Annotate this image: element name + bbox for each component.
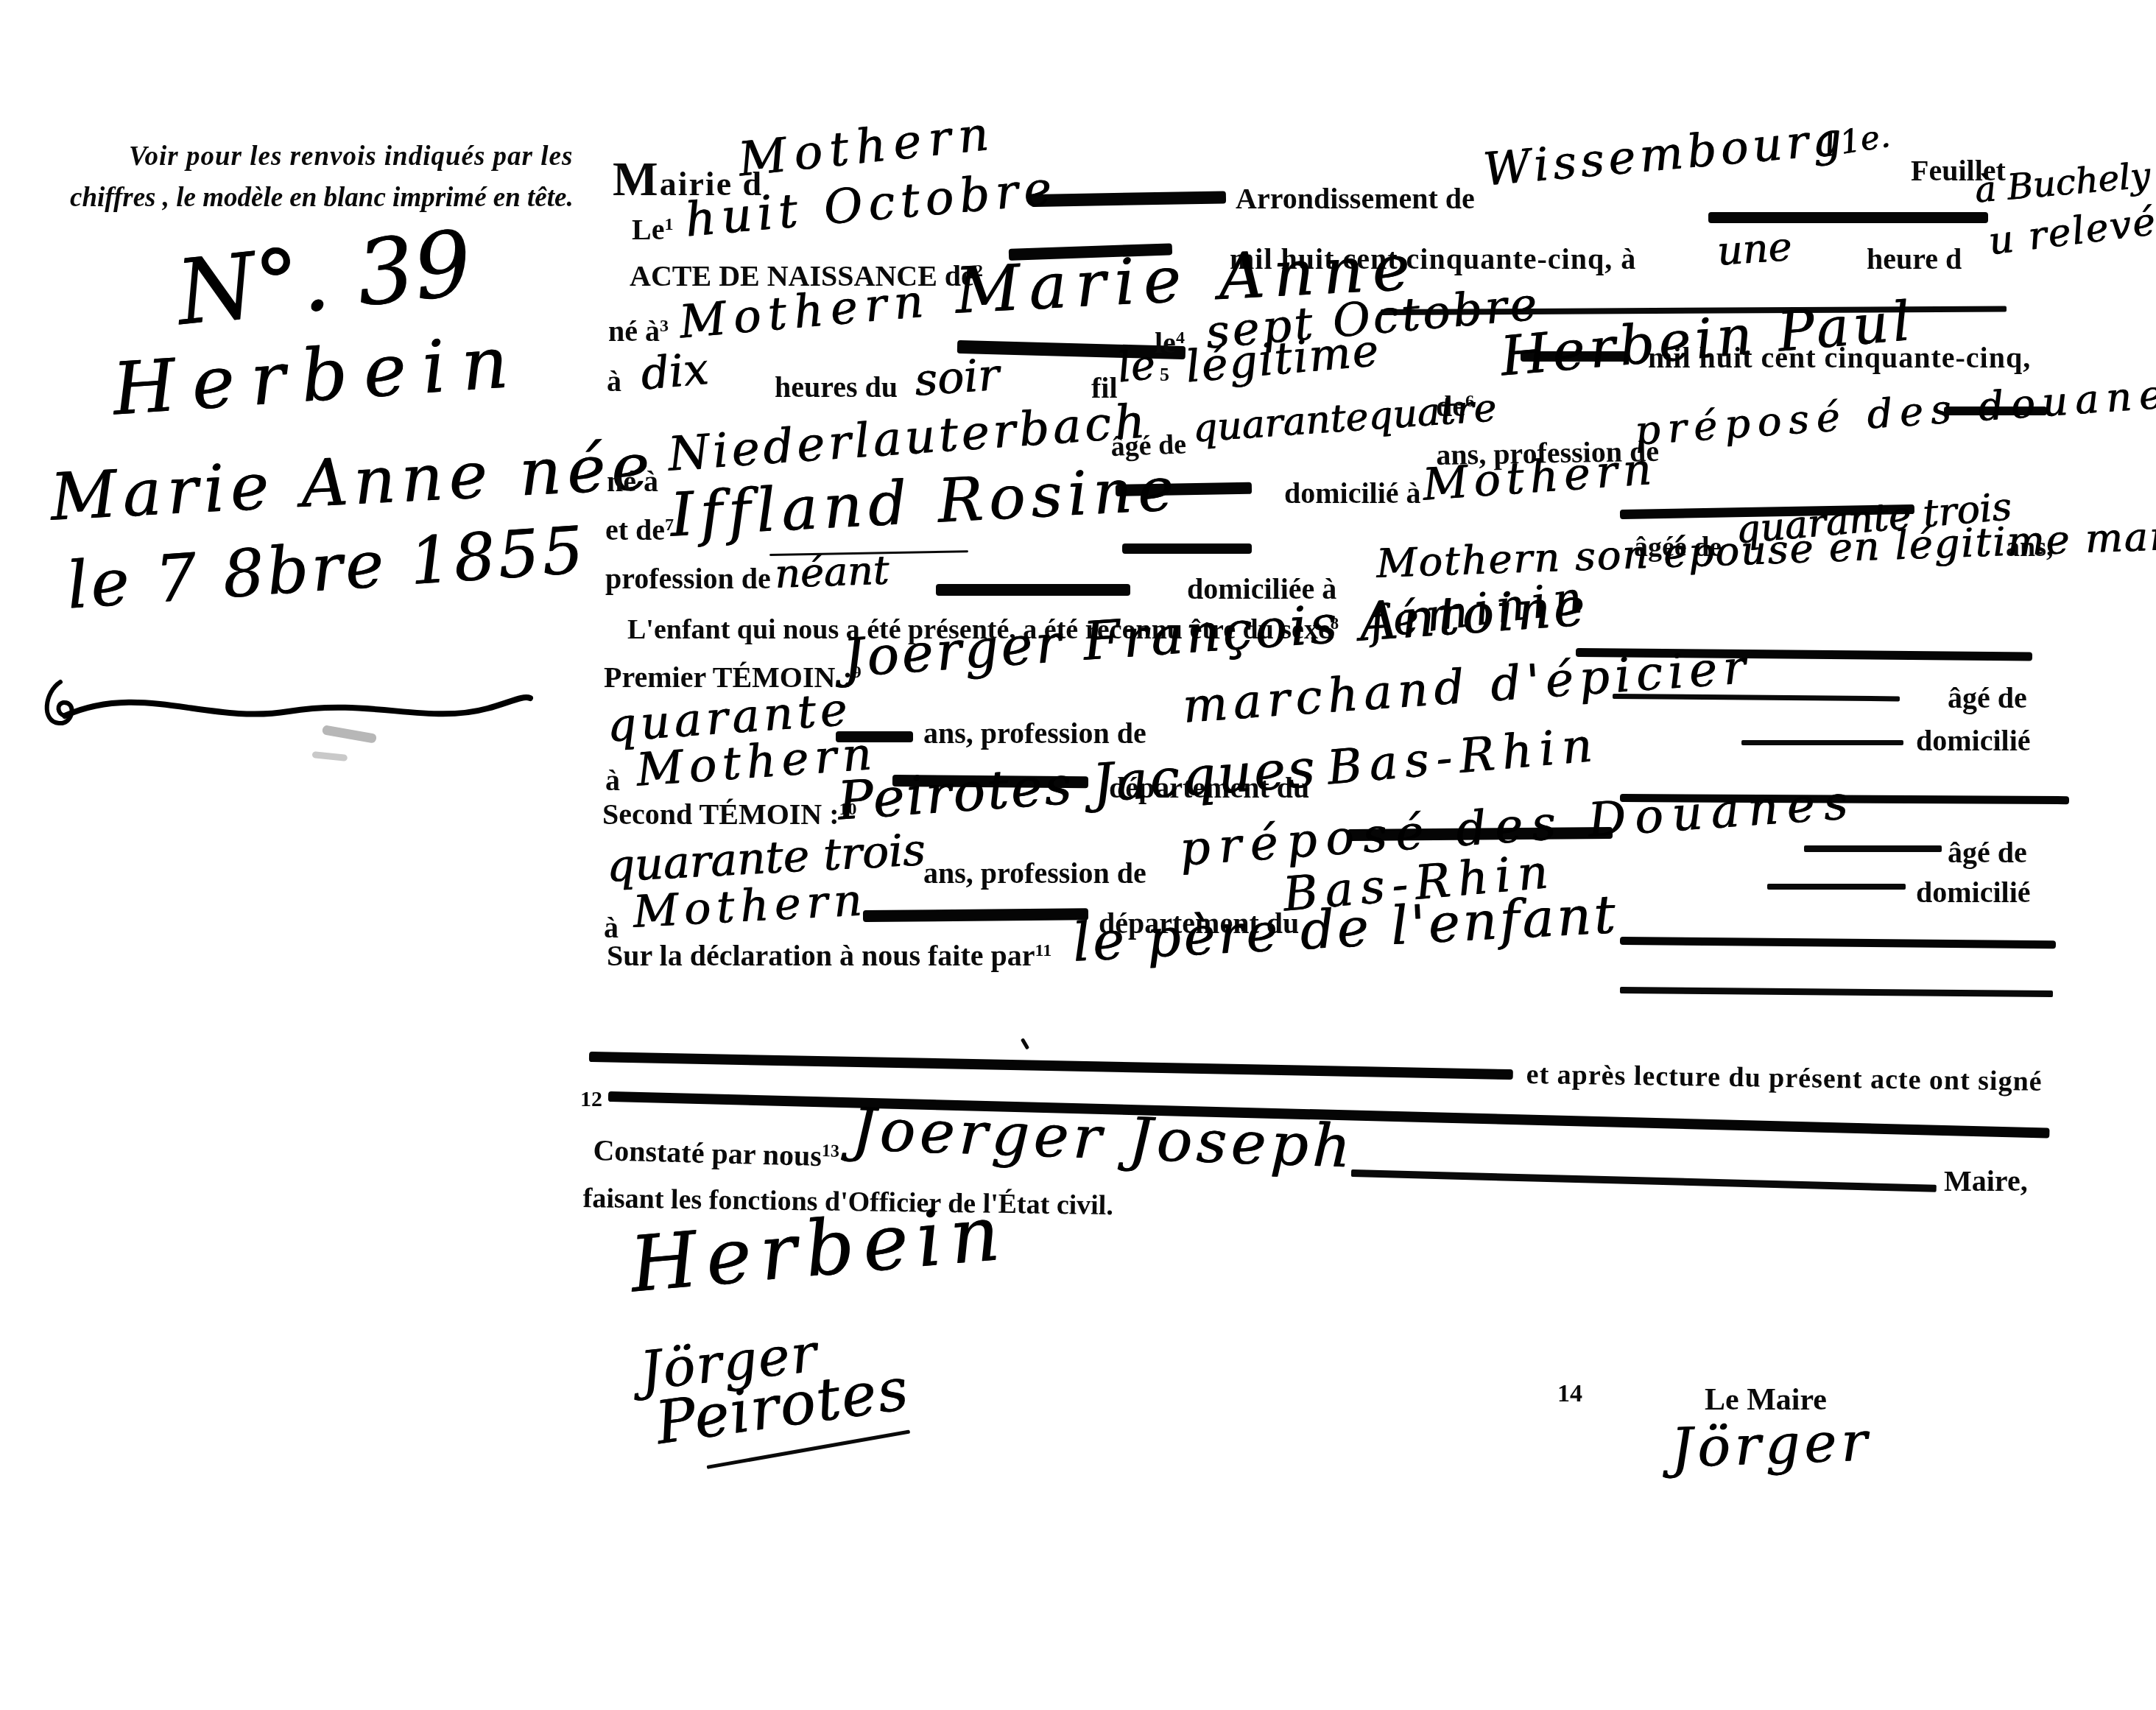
constate-text: Constaté par nous: [593, 1133, 822, 1172]
le-label: Le1: [632, 215, 673, 244]
birth-certificate-page: Voir pour les renvois indiqués par les c…: [0, 0, 2156, 1710]
blank-line-fill: [1351, 1169, 1937, 1192]
maire-signature: Jörger: [1670, 1418, 1872, 1474]
witness2-domicile-value: Mothern: [632, 880, 869, 932]
witness1-departement-value: Bas-Rhin: [1325, 725, 1601, 791]
ink-smudge: [312, 751, 348, 761]
blank-line-fill: [1767, 884, 1906, 890]
officer-name-value: Joerger Joseph: [850, 1103, 1356, 1174]
witness2-ans-profession-label: ans, profession de: [923, 859, 1146, 888]
ref-12: 12: [580, 1088, 602, 1111]
mother-profession-label: profession de: [605, 564, 771, 594]
blank-line-fill: [589, 1052, 1513, 1080]
legitimacy-value: légitime: [1184, 331, 1381, 387]
witness1-domicile-word: domicilié: [1916, 726, 2031, 756]
a-label: à: [607, 367, 621, 396]
arrondissement-value: Wissembourg: [1482, 118, 1847, 191]
feuillet-number: 11e.: [1817, 122, 1892, 161]
ne-a-label: né à3: [608, 317, 669, 346]
et-de-label: et de7: [605, 516, 674, 545]
blank-line-fill: [863, 908, 1088, 922]
le4-text: le: [1155, 326, 1176, 359]
margin-act-number: N°. 39: [173, 223, 475, 334]
blank-line-fill: [1804, 845, 1942, 852]
declarant-value: le père de l'enfant: [1071, 890, 1619, 967]
ref-1: 1: [664, 215, 673, 234]
birth-hour-value: dix: [639, 349, 710, 395]
maire-label: Maire,: [1944, 1167, 2028, 1196]
et-de-text: et de: [605, 513, 665, 546]
blank-line-fill: [1031, 191, 1226, 207]
day-part-value: soir: [913, 355, 1000, 401]
le4-label: le4: [1155, 328, 1185, 358]
heure-label: heure d: [1867, 244, 1962, 274]
lecture-label: et après lecture du présent acte ont sig…: [1526, 1060, 2042, 1096]
witness2-name-value: Peirotes Jacques: [836, 745, 1318, 826]
ne-a-text: né à: [608, 314, 660, 348]
ink-mark: [1021, 1038, 1029, 1049]
father-domicile-label: domicilié à: [1284, 479, 1421, 508]
witness1-ans-profession-label: ans, profession de: [923, 719, 1146, 748]
ref-13: 13: [822, 1141, 840, 1161]
margin-birth-date: le 7 8bre 1855: [65, 521, 588, 615]
blank-line-fill: [1122, 543, 1252, 554]
witness1-age-label: âgé de: [1948, 683, 2027, 713]
blank-line-fill: [936, 584, 1130, 596]
constate-label: Constaté par nous13: [593, 1136, 839, 1172]
declaration-text: Sur la déclaration à nous faite par: [607, 939, 1035, 972]
margin-note-line2: chiffres , le modèle en blanc imprimé en…: [70, 184, 574, 211]
ref-3: 3: [660, 317, 669, 336]
witness1-a-label: à: [605, 766, 620, 795]
blank-line-fill: [1741, 740, 1903, 745]
blank-line-fill: [1620, 937, 2056, 949]
le-maire-label: Le Maire: [1705, 1384, 1827, 1415]
ref-5: 5: [1160, 365, 1169, 384]
declaration-label: Sur la déclaration à nous faite par11: [607, 941, 1051, 971]
ref-11: 11: [1035, 941, 1052, 960]
margin-note-line1: Voir pour les renvois indiqués par les: [129, 143, 573, 170]
ref-14: 14: [1557, 1382, 1582, 1407]
le-label-text: Le: [632, 213, 664, 246]
feuillet-annotation: à Buchely: [1973, 160, 2152, 207]
witness2-label: Second TÉMOIN :10: [602, 800, 857, 829]
arrondissement-label: Arrondissement de: [1236, 184, 1475, 214]
heure-value: u relevée: [1987, 202, 2156, 259]
father-profession-value: préposé des douanes: [1633, 375, 2156, 450]
fil-suffix-script: le: [1116, 347, 1157, 387]
margin-flourish: [38, 660, 539, 733]
blank-line-fill: [1620, 987, 2053, 997]
heures-du-label: heures du: [775, 373, 898, 402]
witness2-domicile-word: domicilié: [1916, 878, 2031, 907]
father-domicile-value: Mothern: [1421, 449, 1658, 505]
father-ne-a-label: né à: [607, 467, 658, 496]
margin-child-surname: Herbein: [110, 329, 526, 423]
mother-profession-value: néant: [774, 553, 889, 593]
blank-line-fill: [1708, 212, 1988, 223]
witness2-a-label: à: [604, 913, 619, 943]
witness2-label-text: Second TÉMOIN :: [602, 798, 839, 831]
witness2-age-label: âgé de: [1948, 838, 2027, 868]
hour-value: une: [1716, 229, 1793, 270]
witness2-age-value: quarante trois: [605, 830, 926, 887]
